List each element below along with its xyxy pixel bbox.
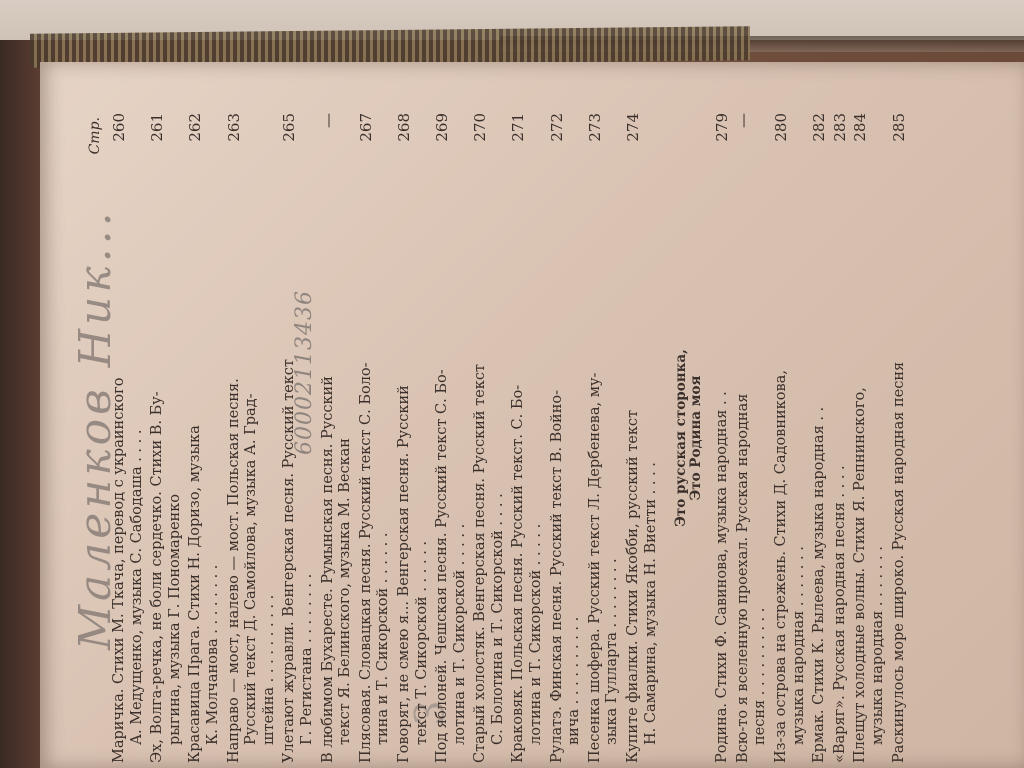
- toc-entry: В любимом Бухаресте. Румынская песня. Ру…: [320, 113, 355, 763]
- toc-entry: Старый холостяк. Венгерская песня. Русск…: [472, 113, 507, 763]
- section-title-line-2: Это Родина моя: [689, 113, 704, 763]
- toc-entry-line: Плясовая. Словацкая песня. Русский текст…: [358, 161, 376, 763]
- toc-page-number: 262: [187, 113, 205, 153]
- toc-page-number: 282: [811, 113, 829, 153]
- toc-header: Стр.: [87, 113, 111, 763]
- toc-entry-title: Ермак. Стихи К. Рылеева, музыка народная…: [811, 153, 829, 763]
- toc-entry-line: В любимом Бухаресте. Румынская песня. Ру…: [320, 161, 338, 763]
- toc-entry-line: Всю-то я вселенную проехал. Русская наро…: [735, 161, 753, 763]
- toc-entry-title: Эх, Волга-речка, не боли сердечко. Стихи…: [149, 153, 184, 763]
- toc-entry-line: Песенка шофера. Русский текст Л. Дербене…: [587, 161, 605, 763]
- toc-entry-line: Говорят, не смею я... Венгерская песня. …: [396, 161, 414, 763]
- toc-entry-title: Всю-то я вселенную проехал. Русская наро…: [735, 153, 770, 763]
- toc-entry-line: лотина и Т. Сикорской . . . . .: [528, 161, 546, 763]
- toc-entry: Под яблоней. Чешская песня. Русский текс…: [434, 113, 469, 763]
- toc-page-number: 280: [773, 113, 791, 153]
- toc-entry-title: Плясовая. Словацкая песня. Русский текст…: [358, 153, 393, 763]
- toc-page-number: 265: [281, 113, 299, 153]
- toc-page-number: 267: [358, 113, 376, 153]
- toc-entry: Улетают журавли. Венгерская песня. Русск…: [281, 113, 316, 763]
- toc-page-number: 272: [549, 113, 567, 153]
- toc-page-number: 261: [149, 113, 167, 153]
- toc-entry-line: Раскинулось море широко. Русская народна…: [891, 161, 909, 763]
- toc-page-number: 279: [714, 113, 732, 153]
- toc-entry-line: штейна . . . . . . . . . .: [261, 161, 279, 763]
- toc-entry-title: Улетают журавли. Венгерская песня. Русск…: [281, 153, 316, 763]
- toc-entry: Из-за острова на стрежень. Стихи Д. Садо…: [773, 113, 808, 763]
- toc-entry-line: лотина и Т. Сикорской . . . . .: [452, 161, 470, 763]
- toc-entry-title: Красавица Прага. Стихи Н. Доризо, музыка…: [187, 153, 222, 763]
- toc-entry-title: Раскинулось море широко. Русская народна…: [891, 153, 909, 763]
- toc-page-number: 269: [434, 113, 452, 153]
- toc-page-number: 270: [472, 113, 490, 153]
- toc-entry-title: Краковяк. Польская песня. Русский текст.…: [510, 153, 545, 763]
- toc-entry: Направо — мост, налево — мост. Польская …: [226, 113, 279, 763]
- toc-page-number: 268: [396, 113, 414, 153]
- toc-entry: Купите фиалки. Стихи Якобби, русский тек…: [625, 113, 660, 763]
- toc-entry: Плещут холодные волны. Стихи Я. Репнинск…: [852, 113, 887, 763]
- toc-page-number: 284: [852, 113, 870, 153]
- toc-entry: Краковяк. Польская песня. Русский текст.…: [510, 113, 545, 763]
- toc-entry-line: Краковяк. Польская песня. Русский текст.…: [510, 161, 528, 763]
- toc-page-number: 283: [832, 113, 850, 153]
- toc-entry: Красавица Прага. Стихи Н. Доризо, музыка…: [187, 113, 222, 763]
- toc-entry-line: музыка народная . . . . . . .: [870, 161, 888, 763]
- page-column-label: Стр.: [87, 117, 111, 154]
- toc-entry-title: В любимом Бухаресте. Румынская песня. Ру…: [320, 153, 355, 763]
- toc-entry-line: Улетают журавли. Венгерская песня. Русск…: [281, 161, 299, 763]
- table-of-contents: Стр. Маричка. Стихи М. Ткача, перевод с …: [87, 113, 817, 763]
- toc-entry-line: рыгина, музыка Г. Пономаренко: [167, 161, 185, 763]
- toc-entry-title: Рулатэ. Финская песня. Русский текст В. …: [549, 153, 584, 763]
- toc-page-number: 274: [625, 113, 643, 153]
- toc-entry: Песенка шофера. Русский текст Л. Дербене…: [587, 113, 622, 763]
- toc-entry: Плясовая. Словацкая песня. Русский текст…: [358, 113, 393, 763]
- toc-entry: «Варяг». Русская народная песня . . . .2…: [832, 113, 850, 763]
- toc-page-number: 271: [510, 113, 528, 153]
- toc-entry-title: Направо — мост, налево — мост. Польская …: [226, 153, 279, 763]
- toc-entry-line: Под яблоней. Чешская песня. Русский текс…: [434, 161, 452, 763]
- toc-entry-line: тина и Т. Сикорской . . . . . .: [375, 161, 393, 763]
- toc-entry: Раскинулось море широко. Русская народна…: [891, 113, 909, 763]
- toc-page-number: 285: [891, 113, 909, 153]
- toc-entry-line: «Варяг». Русская народная песня . . . .: [832, 161, 850, 763]
- toc-entry-title: Песенка шофера. Русский текст Л. Дербене…: [587, 153, 622, 763]
- toc-entry: Говорят, не смею я... Венгерская песня. …: [396, 113, 431, 763]
- toc-entry-line: зыка Гулларта . . . . . . . .: [604, 161, 622, 763]
- toc-entry-line: Ермак. Стихи К. Рылеева, музыка народная…: [811, 161, 829, 763]
- toc-entry-title: Говорят, не смею я... Венгерская песня. …: [396, 153, 431, 763]
- toc-page-number: —: [320, 113, 338, 153]
- toc-entry-line: Красавица Прага. Стихи Н. Доризо, музыка: [187, 161, 205, 763]
- toc-entry-title: Плещут холодные волны. Стихи Я. Репнинск…: [852, 153, 887, 763]
- toc-entry-line: Родина. Стихи Ф. Савинова, музыка народн…: [714, 161, 732, 763]
- toc-entry-title: Из-за острова на стрежень. Стихи Д. Садо…: [773, 153, 808, 763]
- toc-entry-line: Направо — мост, налево — мост. Польская …: [226, 161, 244, 763]
- toc-entry-line: А. Медущенко, музыка С. Сабодаша . . . .: [129, 161, 147, 763]
- toc-entries: Маричка. Стихи М. Ткача, перевод с украи…: [111, 113, 660, 763]
- toc-entry: Ермак. Стихи К. Рылеева, музыка народная…: [811, 113, 829, 763]
- toc-entry-line: Н. Самарина, музыка Н. Виетти . . . .: [643, 161, 661, 763]
- toc-entry-title: Маричка. Стихи М. Ткача, перевод с украи…: [111, 153, 146, 763]
- toc-page-number: —: [735, 113, 753, 153]
- toc-entry-line: текст Я. Белинского, музыка М. Вескан: [337, 161, 355, 763]
- toc-entry-line: Г. Регистана . . . . . . . .: [299, 161, 317, 763]
- toc-entry-line: Маричка. Стихи М. Ткача, перевод с украи…: [111, 161, 129, 763]
- toc-entry-title: «Варяг». Русская народная песня . . . .: [832, 153, 850, 763]
- toc-entry-line: К. Молчанова . . . . . . . .: [205, 161, 223, 763]
- toc-entry: Рулатэ. Финская песня. Русский текст В. …: [549, 113, 584, 763]
- toc-entry-line: текст Т. Сикорской . . . . . .: [414, 161, 432, 763]
- toc-entry-title: Купите фиалки. Стихи Якобби, русский тек…: [625, 153, 660, 763]
- toc-entry-title: Под яблоней. Чешская песня. Русский текс…: [434, 153, 469, 763]
- toc-entry-line: Русский текст Д. Самойлова, музыка А. Гр…: [243, 161, 261, 763]
- toc-entry: Всю-то я вселенную проехал. Русская наро…: [735, 113, 770, 763]
- toc-entry-line: Плещут холодные волны. Стихи Я. Репнинск…: [852, 161, 870, 763]
- toc-entry-line: Эх, Волга-речка, не боли сердечко. Стихи…: [149, 161, 167, 763]
- toc-entry-line: Купите фиалки. Стихи Якобби, русский тек…: [625, 161, 643, 763]
- toc-entry-line: песня . . . . . . . . . .: [752, 161, 770, 763]
- toc-page-number: 273: [587, 113, 605, 153]
- toc-page-number: 263: [226, 113, 244, 153]
- section-toc-entries: Родина. Стихи Ф. Савинова, музыка народн…: [714, 113, 908, 763]
- toc-entry: Маричка. Стихи М. Ткача, перевод с украи…: [111, 113, 146, 763]
- toc-entry-line: С. Болотина и Т. Сикорской . . . .: [490, 161, 508, 763]
- toc-entry: Эх, Волга-речка, не боли сердечко. Стихи…: [149, 113, 184, 763]
- toc-entry-line: музыка народная . . . . . . .: [791, 161, 809, 763]
- section-title-line-1: Это русская сторонка,: [674, 113, 689, 763]
- toc-entry: Родина. Стихи Ф. Савинова, музыка народн…: [714, 113, 732, 763]
- toc-entry-title: Старый холостяк. Венгерская песня. Русск…: [472, 153, 507, 763]
- section-heading: Это русская сторонка, Это Родина моя: [674, 113, 704, 763]
- toc-entry-line: Рулатэ. Финская песня. Русский текст В. …: [549, 161, 567, 763]
- toc-entry-line: Из-за острова на стрежень. Стихи Д. Садо…: [773, 161, 791, 763]
- toc-entry-line: вича . . . . . . . . . .: [566, 161, 584, 763]
- toc-entry-title: Родина. Стихи Ф. Савинова, музыка народн…: [714, 153, 732, 763]
- toc-page-number: 260: [111, 113, 129, 153]
- toc-entry-line: Старый холостяк. Венгерская песня. Русск…: [472, 161, 490, 763]
